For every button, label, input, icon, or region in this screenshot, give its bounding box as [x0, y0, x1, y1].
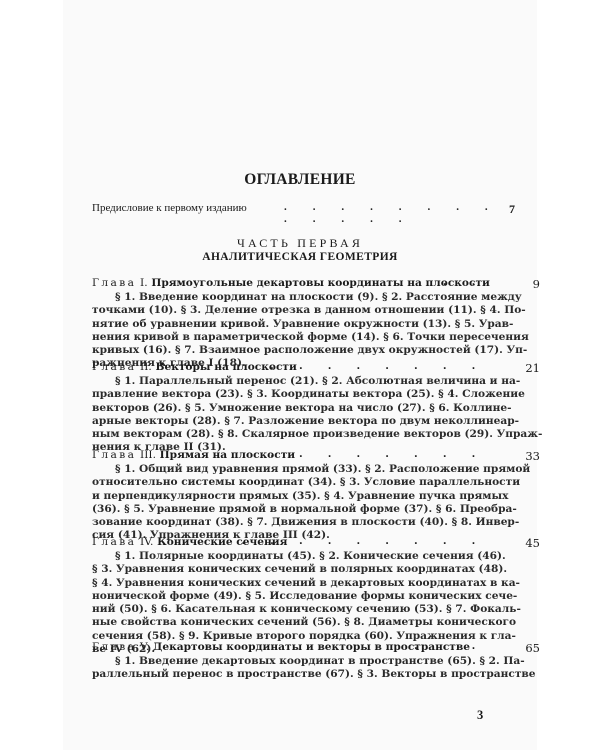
section-line: относительно системы координат (34). § 3…: [92, 476, 467, 489]
section-line: § 4. Уравнения конических сечений в дека…: [92, 577, 467, 590]
section-line: нятие об уравнении кривой. Уравнение окр…: [92, 318, 467, 331]
chapter-heading: Глава III. Прямая на плоскости . . . . .…: [92, 449, 540, 463]
chapter-number: II.: [140, 361, 152, 373]
section-line: арные векторы (28). § 7. Разложение вект…: [92, 415, 467, 428]
section-line: § 1. Введение декартовых координат в про…: [92, 655, 467, 668]
section-line: правление вектора (23). § 3. Координаты …: [92, 388, 467, 401]
section-line: точками (10). § 3. Деление отрезка в дан…: [92, 304, 467, 317]
chapter-number: V.: [140, 641, 149, 653]
leader-dots: . . . . . . . . .: [241, 535, 486, 547]
toc-chapter-2[interactable]: Глава II. Векторы на плоскости . . . . .…: [92, 361, 540, 455]
chapter-number: I.: [140, 277, 148, 289]
chapter-sections: § 1. Общий вид уравнения прямой (33). § …: [92, 463, 467, 543]
section-line: ные свойства конических сечений (56). § …: [92, 616, 467, 629]
section-line: § 1. Введение координат на плоскости (9)…: [92, 291, 467, 304]
leader-dots: . . . . . . . .: [270, 448, 486, 460]
chapter-heading: Глава IV. Конические сечения . . . . . .…: [92, 536, 540, 550]
chapter-sections: § 1. Параллельный перенос (21). § 2. Абс…: [92, 375, 467, 455]
toc-chapter-4[interactable]: Глава IV. Конические сечения . . . . . .…: [92, 536, 540, 656]
chapter-prefix: Глава: [92, 361, 136, 373]
toc-chapter-5[interactable]: Глава V. Декартовы координаты и векторы …: [92, 641, 540, 682]
part-label: ЧАСТЬ ПЕРВАЯ: [63, 236, 537, 251]
section-line: § 1. Параллельный перенос (21). § 2. Абс…: [92, 375, 467, 388]
chapter-number: III.: [140, 449, 156, 461]
chapter-prefix: Глава: [92, 536, 136, 548]
section-line: раллельный перенос в пространстве (67). …: [92, 668, 467, 681]
part-title: АНАЛИТИЧЕСКАЯ ГЕОМЕТРИЯ: [63, 251, 537, 263]
chapter-heading: Глава II. Векторы на плоскости . . . . .…: [92, 361, 540, 375]
chapter-page-number: 21: [525, 361, 540, 375]
leader-dots: . .: [443, 276, 486, 288]
section-line: кривых (16). § 7. Взаимное расположение …: [92, 344, 467, 357]
chapter-page-number: 33: [525, 449, 540, 463]
chapter-prefix: Глава: [92, 449, 136, 461]
section-line: § 1. Общий вид уравнения прямой (33). § …: [92, 463, 467, 476]
section-line: ний (50). § 6. Касательная к коническому…: [92, 603, 467, 616]
section-line: ным векторам (28). § 8. Скалярное произв…: [92, 428, 467, 441]
section-line: (36). § 5. Уравнение прямой в нормальной…: [92, 503, 467, 516]
chapter-page-number: 65: [525, 641, 540, 655]
section-line: и перпендикулярности прямых (35). § 4. У…: [92, 490, 467, 503]
preface-label: Предисловие к первому изданию: [92, 202, 247, 214]
section-line: нонической форме (49). § 5. Исследование…: [92, 590, 467, 603]
preface-page-number: 7: [509, 202, 515, 217]
book-page: ОГЛАВЛЕНИЕ Предисловие к первому изданию…: [63, 0, 537, 750]
chapter-heading: Глава V. Декартовы координаты и векторы …: [92, 641, 540, 655]
chapter-heading: Глава I. Прямоугольные декартовы координ…: [92, 277, 540, 291]
leader-dots: . . .: [414, 640, 486, 652]
chapter-sections: § 1. Введение декартовых координат в про…: [92, 655, 467, 682]
chapter-page-number: 45: [525, 536, 540, 550]
section-line: § 3. Уравнения конических сечений в поля…: [92, 563, 467, 576]
chapter-title: Прямоугольные декартовы координаты на пл…: [151, 277, 490, 289]
chapter-sections: § 1. Введение координат на плоскости (9)…: [92, 291, 467, 371]
section-line: векторов (26). § 5. Умножение вектора на…: [92, 402, 467, 415]
leader-dots: . . . . . . . .: [270, 360, 486, 372]
leader-dots: . . . . . . . . . . . . .: [284, 201, 512, 225]
page-number: 3: [477, 708, 483, 723]
section-line: нения кривой в параметрической форме (14…: [92, 331, 467, 344]
chapter-prefix: Глава: [92, 641, 136, 653]
chapter-number: IV.: [140, 536, 153, 548]
section-line: зование координат (38). § 7. Движения в …: [92, 516, 467, 529]
section-line: § 1. Полярные координаты (45). § 2. Кони…: [92, 550, 467, 563]
chapter-prefix: Глава: [92, 277, 136, 289]
toc-chapter-1[interactable]: Глава I. Прямоугольные декартовы координ…: [92, 277, 540, 371]
toc-chapter-3[interactable]: Глава III. Прямая на плоскости . . . . .…: [92, 449, 540, 543]
toc-title: ОГЛАВЛЕНИЕ: [63, 171, 537, 189]
chapter-page-number: 9: [533, 277, 540, 291]
toc-entry-preface[interactable]: Предисловие к первому изданию . . . . . …: [92, 202, 512, 218]
